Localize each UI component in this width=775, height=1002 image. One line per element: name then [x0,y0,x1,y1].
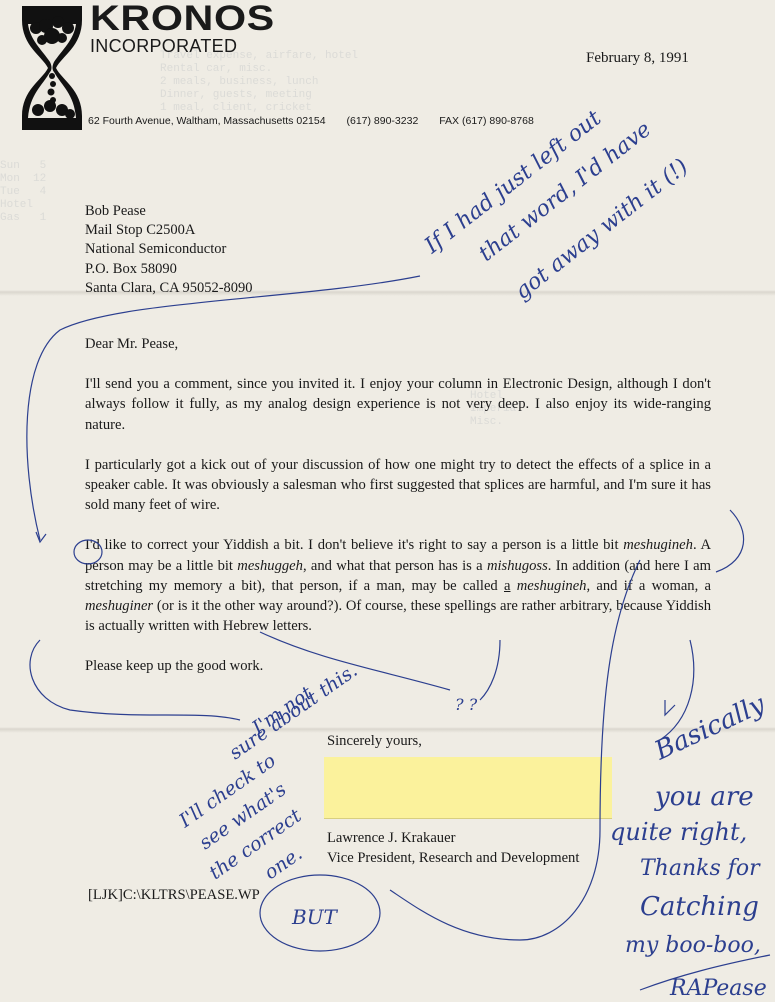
svg-text:Thanks for: Thanks for [640,856,761,881]
paragraph: Please keep up the good work. [85,656,711,676]
signer-block: Lawrence J. Krakauer Vice President, Res… [327,828,579,868]
hourglass-icon [22,6,82,130]
svg-text:quite right,: quite right, [610,818,747,846]
letter-page: Travel expense, airfare, hotel Rental ca… [0,0,775,1002]
file-reference: [LJK]C:\KLTRS\PEASE.WP [88,887,260,904]
company-brand: KRONOS INCORPORATED [90,2,247,56]
letterhead-contact: 62 Fourth Avenue, Waltham, Massachusetts… [88,115,552,127]
paragraph: I'll send you a comment, since you invit… [85,374,711,435]
svg-text:Catching: Catching [640,892,759,922]
annotation-question-marks: ? ? [455,695,478,714]
svg-text:my boo-boo,: my boo-boo, [625,933,761,958]
svg-text:one.: one. [260,843,306,885]
letter-date: February 8, 1991 [586,50,689,67]
company-sub: INCORPORATED [90,36,247,56]
svg-text:I'll check to: I'll check to [174,750,279,833]
letter-body: Dear Mr. Pease, I'll send you a comment,… [85,334,711,697]
annotation-top-right: If I had just left out [420,106,607,260]
annotation-right-bottom: Basically [649,689,769,766]
annotation-but: BUT [291,905,339,929]
svg-text:you are: you are [654,782,754,812]
svg-text:that word, I'd have: that word, I'd have [474,117,656,267]
recipient-line: Santa Clara, CA 95052-8090 [85,279,253,298]
svg-text:got away with it (!): got away with it (!) [510,154,693,304]
signature-redaction [324,757,612,819]
paragraph: I particularly got a kick out of your di… [85,455,711,516]
recipient-line: Bob Pease [85,202,253,221]
recipient-line: National Semiconductor [85,240,253,259]
closing: Sincerely yours, [327,733,422,750]
yiddish-paragraph: I'd like to correct your Yiddish a bit. … [85,535,711,636]
salutation: Dear Mr. Pease, [85,334,711,354]
recipient-address: Bob Pease Mail Stop C2500A National Semi… [85,202,253,298]
phone-number: (617) 890-3232 [346,115,418,127]
recipient-line: Mail Stop C2500A [85,221,253,240]
recipient-line: P.O. Box 58090 [85,260,253,279]
svg-text:see what's: see what's [195,778,290,854]
svg-text:the correct: the correct [205,805,306,885]
bleed-through-text: Travel expense, airfare, hotel Rental ca… [160,50,358,115]
signer-name: Lawrence J. Krakauer [327,828,579,848]
signer-title: Vice President, Research and Development [327,848,579,868]
street-address: 62 Fourth Avenue, Waltham, Massachusetts… [88,115,326,127]
fax-number: FAX (617) 890-8768 [439,115,534,127]
company-name: KRONOS [90,2,275,36]
annotation-signature: RAPease [669,976,767,1001]
bleed-through-text: Sun 5 Mon 12 Tue 4 Hotel Gas 1 [0,160,46,225]
